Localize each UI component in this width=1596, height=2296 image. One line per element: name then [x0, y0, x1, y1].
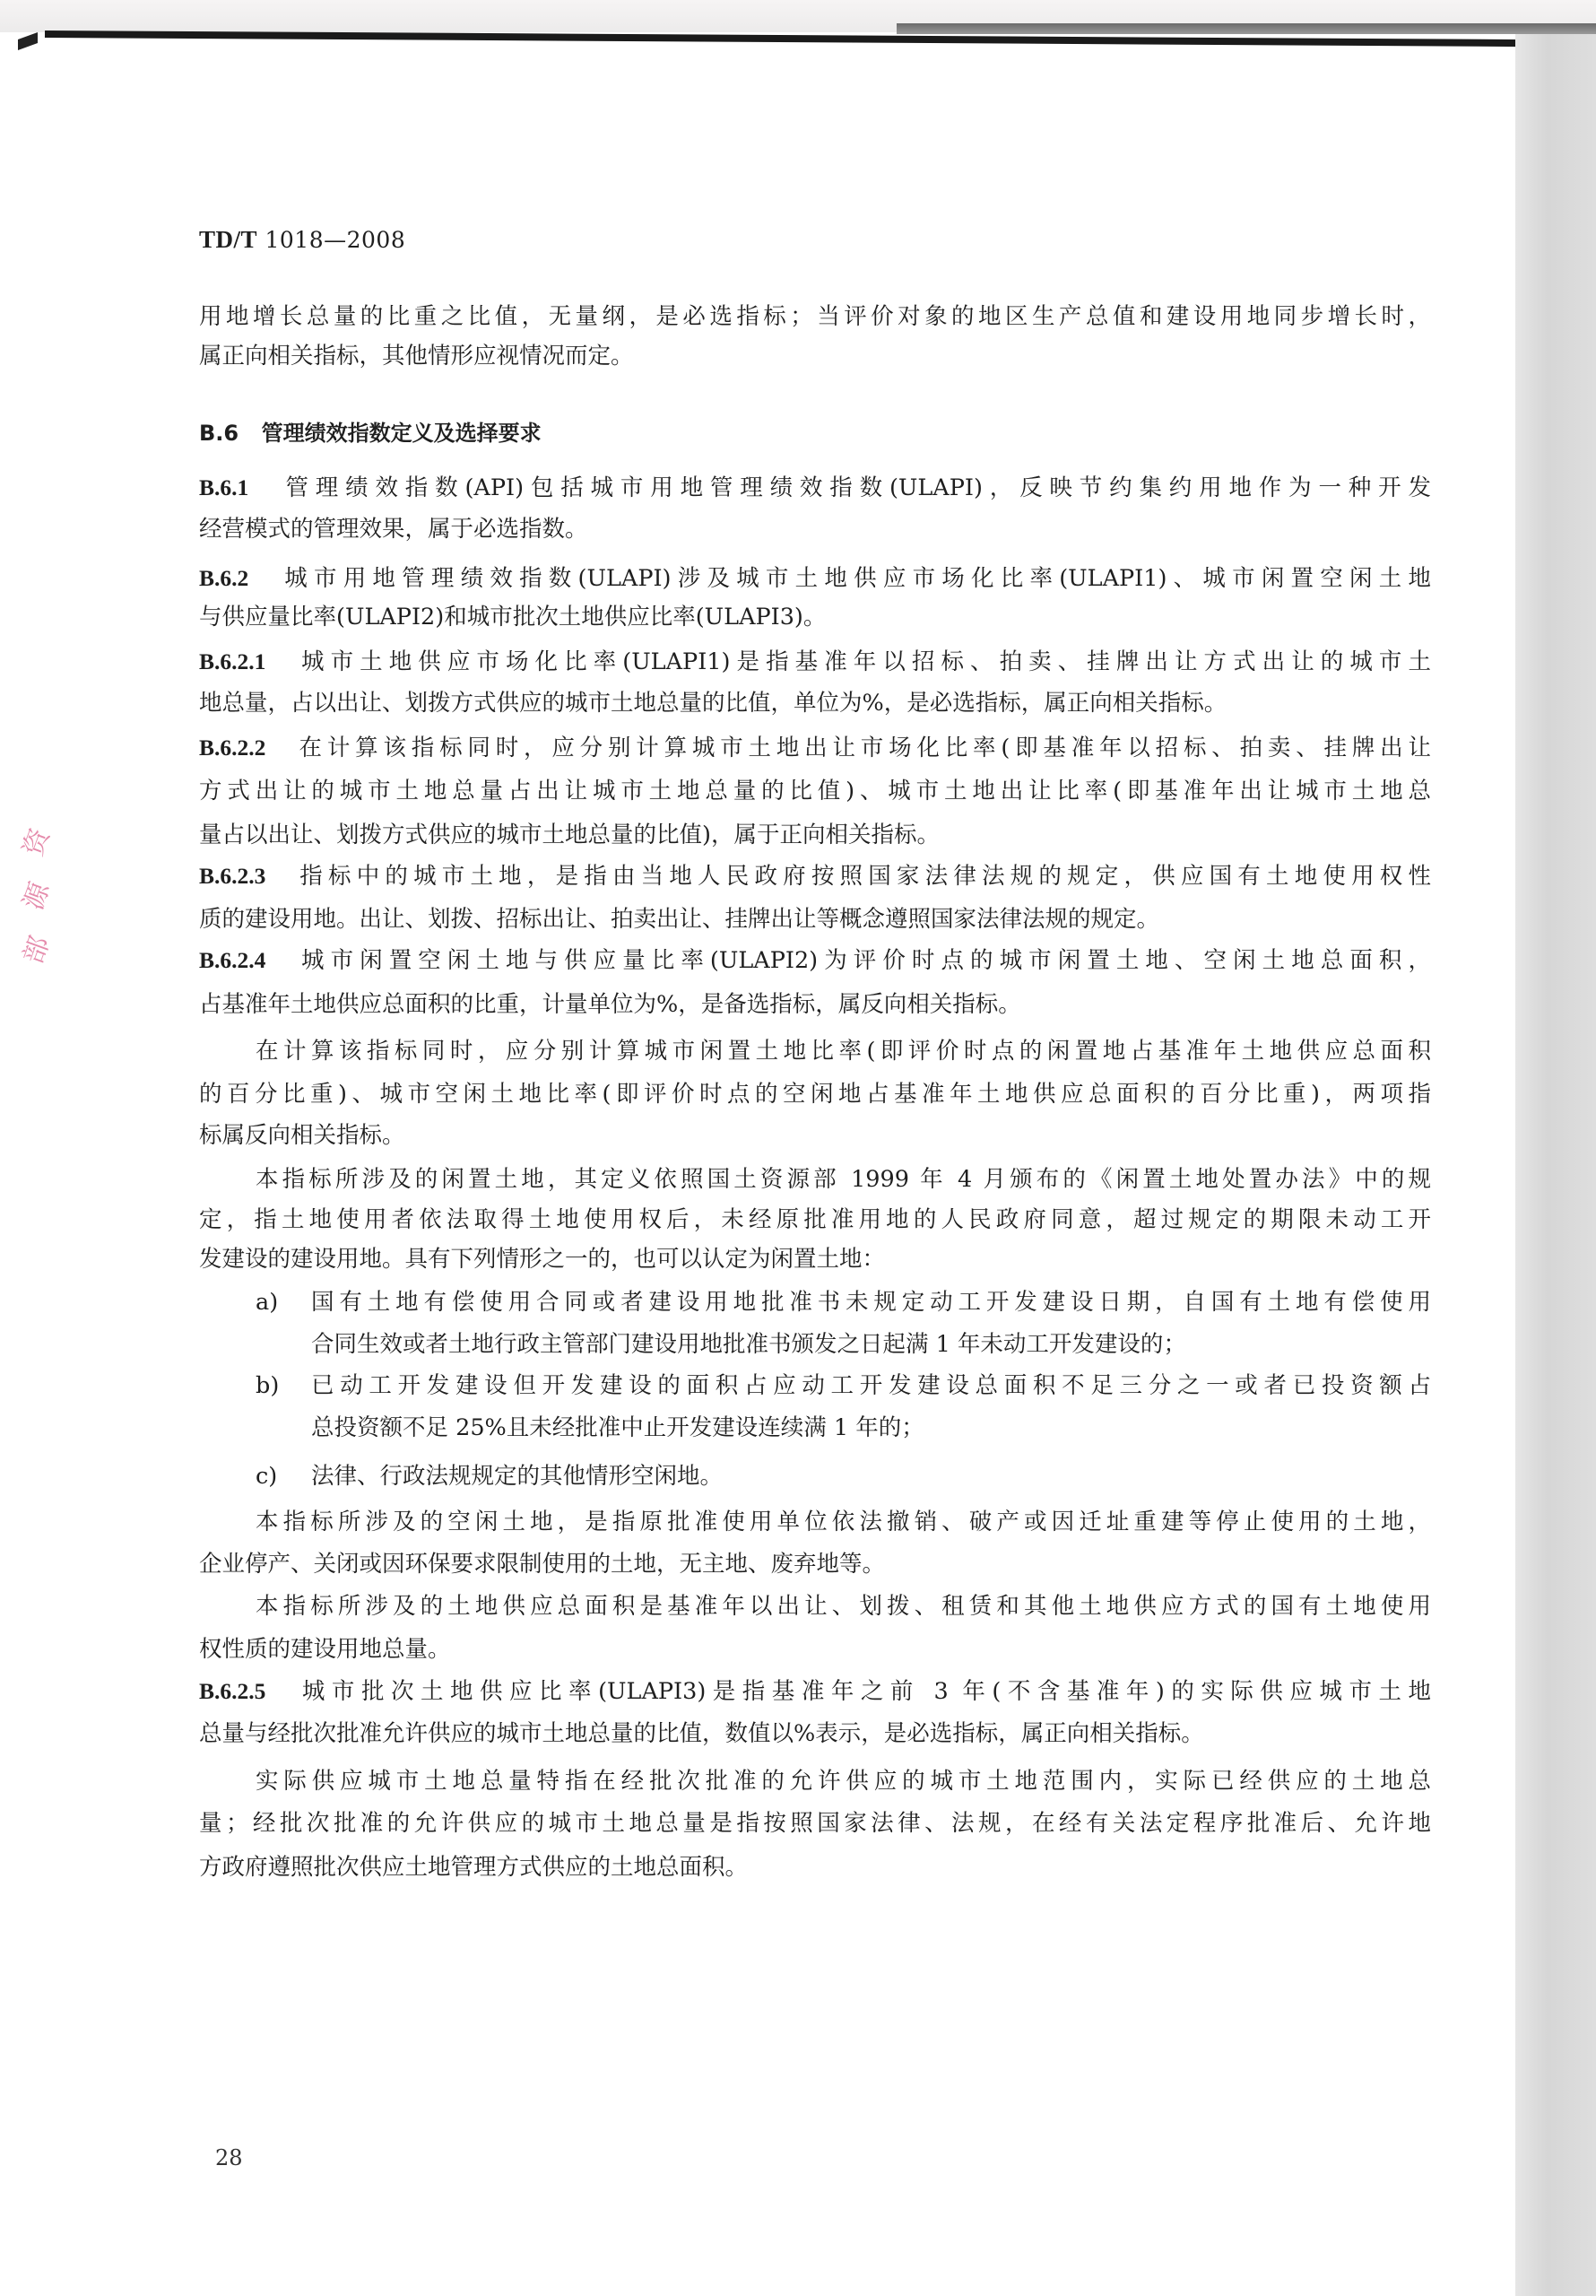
- line-text: 方政府遵照批次供应土地管理方式供应的土地总面积。: [199, 1854, 748, 1881]
- text-line: 在计算该指标同时，应分别计算城市闲置土地比率(即评价时点的闲置地占基准年土地供应…: [256, 1036, 1431, 1066]
- text-line: B.6.2.1 城市土地供应市场化比率(ULAPI1)是指基准年以招标、拍卖、挂…: [199, 647, 1431, 677]
- line-text: a): [256, 1289, 278, 1316]
- clause-number: B.6.2: [199, 565, 248, 591]
- list-marker: a): [256, 1287, 300, 1318]
- stamp-char: 资: [7, 804, 73, 865]
- line-text: 城市闲置空闲土地与供应量比率(ULAPI2)为评价时点的城市闲置土地、空闲土地总…: [301, 947, 1431, 974]
- text-line: 已动工开发建设但开发建设的面积占应动工开发建设总面积不足三分之一或者已投资额占: [311, 1370, 1431, 1401]
- line-text: 在计算该指标同时，应分别计算城市土地出让市场化比率(即基准年以招标、拍卖、挂牌出…: [299, 735, 1431, 761]
- line-text: 地总量，占以出让、划拨方式供应的城市土地总量的比值，单位为%，是必选指标，属正向…: [199, 690, 1227, 717]
- line-text: 发建设的建设用地。具有下列情形之一的，也可以认定为闲置土地：: [199, 1246, 885, 1273]
- text-line: 与供应量比率(ULAPI2)和城市批次土地供应比率(ULAPI3)。: [199, 602, 1431, 632]
- line-text: 标属反向相关指标。: [199, 1122, 405, 1149]
- clause-gap: [265, 648, 301, 675]
- line-text: 城市土地供应市场化比率(ULAPI1)是指基准年以招标、拍卖、挂牌出让方式出让的…: [301, 648, 1431, 675]
- text-line: 合同生效或者土地行政主管部门建设用地批准书颁发之日起满 1 年未动工开发建设的；: [311, 1329, 1431, 1360]
- text-line: 实际供应城市土地总量特指在经批次批准的允许供应的城市土地范围内，实际已经供应的土…: [256, 1766, 1431, 1796]
- section-title: 管理绩效指数定义及选择要求: [262, 421, 542, 446]
- text-line: 方式出让的城市土地总量占出让城市土地总量的比值)、城市土地出让比率(即基准年出让…: [199, 776, 1431, 806]
- line-text: 量占以出让、划拨方式供应的城市土地总量的比值)，属于正向相关指标。: [199, 822, 940, 848]
- standard-prefix: TD/T: [199, 226, 257, 253]
- text-line: B.6.2.3 指标中的城市土地，是指由当地人民政府按照国家法律法规的规定，供应…: [199, 861, 1431, 891]
- clause-number: B.6.1: [199, 474, 248, 500]
- line-text: 质的建设用地。出让、划拨、招标出让、拍卖出让、挂牌出让等概念遵照国家法律法规的规…: [199, 906, 1159, 933]
- clause-gap: [265, 735, 299, 761]
- section-heading: B.6 管理绩效指数定义及选择要求: [199, 418, 1431, 448]
- line-text: 本指标所涉及的空闲土地，是指原批准使用单位依法撤销、破产或因迁址重建等停止使用的…: [256, 1509, 1431, 1535]
- text-line: B.6.2.5 城市批次土地供应比率(ULAPI3)是指基准年之前 3 年(不含…: [199, 1676, 1431, 1707]
- line-text: 量；经批次批准的允许供应的城市土地总量是指按照国家法律、法规，在经有关法定程序批…: [199, 1810, 1431, 1837]
- clause-number: B.6.2.3: [199, 863, 265, 889]
- line-text: 指标中的城市土地，是指由当地人民政府按照国家法律法规的规定，供应国有土地使用权性: [299, 863, 1431, 890]
- text-line: 量占以出让、划拨方式供应的城市土地总量的比值)，属于正向相关指标。: [199, 820, 1431, 850]
- line-text: 法律、行政法规规定的其他情形空闲地。: [311, 1463, 723, 1490]
- clause-number: B.6.2.1: [199, 648, 265, 674]
- line-text: 本指标所涉及的闲置土地，其定义依照国土资源部 1999 年 4 月颁布的《闲置土…: [256, 1166, 1431, 1193]
- line-text: 方式出让的城市土地总量占出让城市土地总量的比值)、城市土地出让比率(即基准年出让…: [199, 778, 1431, 804]
- clause-gap: [248, 565, 284, 592]
- text-line: 发建设的建设用地。具有下列情形之一的，也可以认定为闲置土地：: [199, 1244, 1431, 1274]
- document-code-header: TD/T 1018—2008: [199, 226, 405, 254]
- text-line: 本指标所涉及的土地供应总面积是基准年以出让、划拨、租赁和其他土地供应方式的国有土…: [256, 1591, 1431, 1622]
- text-line: B.6.1 管理绩效指数(API)包括城市用地管理绩效指数(ULAPI)，反映节…: [199, 473, 1431, 503]
- line-text: 定，指土地使用者依法取得土地使用权后，未经原批准用地的人民政府同意，超过规定的期…: [199, 1206, 1431, 1233]
- line-text: 本指标所涉及的土地供应总面积是基准年以出让、划拨、租赁和其他土地供应方式的国有土…: [256, 1593, 1431, 1620]
- text-line: B.6.2.2 在计算该指标同时，应分别计算城市土地出让市场化比率(即基准年以招…: [199, 733, 1431, 763]
- text-line: 权性质的建设用地总量。: [199, 1634, 1431, 1665]
- line-text: 国有土地有偿使用合同或者建设用地批准书未规定动工开发建设日期，自国有土地有偿使用: [311, 1289, 1431, 1316]
- line-text: 管理绩效指数(API)包括城市用地管理绩效指数(ULAPI)，反映节约集约用地作…: [285, 474, 1431, 501]
- clause-number: B.6: [199, 421, 239, 446]
- line-text: 占基准年土地供应总面积的比重，计量单位为%，是备选指标，属反向相关指标。: [199, 991, 1021, 1018]
- text-line: 本指标所涉及的空闲土地，是指原批准使用单位依法撤销、破产或因迁址重建等停止使用的…: [256, 1507, 1431, 1537]
- clause-gap: [239, 420, 262, 447]
- line-text: 与供应量比率(ULAPI2)和城市批次土地供应比率(ULAPI3)。: [199, 604, 826, 631]
- line-text: 属正向相关指标，其他情形应视情况而定。: [199, 343, 634, 370]
- list-marker: b): [256, 1370, 300, 1401]
- text-line: 本指标所涉及的闲置土地，其定义依照国土资源部 1999 年 4 月颁布的《闲置土…: [256, 1164, 1431, 1195]
- text-line: B.6.2 城市用地管理绩效指数(ULAPI)涉及城市土地供应市场化比率(ULA…: [199, 563, 1431, 594]
- line-text: 权性质的建设用地总量。: [199, 1636, 451, 1663]
- clause-gap: [265, 1678, 302, 1705]
- red-seal-stamp: 资 源 部: [18, 807, 63, 1094]
- text-line: 标属反向相关指标。: [199, 1120, 1431, 1151]
- line-text: 已动工开发建设但开发建设的面积占应动工开发建设总面积不足三分之一或者已投资额占: [311, 1372, 1431, 1399]
- line-text: 在计算该指标同时，应分别计算城市闲置土地比率(即评价时点的闲置地占基准年土地供应…: [256, 1038, 1431, 1065]
- clause-number: B.6.2.2: [199, 735, 265, 761]
- line-text: 城市批次土地供应比率(ULAPI3)是指基准年之前 3 年(不含基准年)的实际供…: [302, 1678, 1431, 1705]
- text-line: 属正向相关指标，其他情形应视情况而定。: [199, 341, 1431, 371]
- scan-right-shadow: [1515, 34, 1596, 2296]
- page-corner-fold: [18, 32, 38, 50]
- scan-top-shadow: [897, 23, 1596, 34]
- text-line: 方政府遵照批次供应土地管理方式供应的土地总面积。: [199, 1852, 1431, 1883]
- line-text: 的百分比重)、城市空闲土地比率(即评价时点的空闲地占基准年土地供应总面积的百分比…: [199, 1081, 1431, 1108]
- line-text: 总量与经批次批准允许供应的城市土地总量的比值，数值以%表示，是必选指标，属正向相…: [199, 1720, 1204, 1747]
- text-line: 定，指土地使用者依法取得土地使用权后，未经原批准用地的人民政府同意，超过规定的期…: [199, 1205, 1431, 1235]
- text-line: 用地增长总量的比重之比值，无量纲，是必选指标；当评价对象的地区生产总值和建设用地…: [199, 301, 1431, 332]
- line-text: 经营模式的管理效果，属于必选指数。: [199, 516, 588, 543]
- text-line: 国有土地有偿使用合同或者建设用地批准书未规定动工开发建设日期，自国有土地有偿使用: [311, 1287, 1431, 1318]
- text-line: 企业停产、关闭或因环保要求限制使用的土地，无主地、废弃地等。: [199, 1549, 1431, 1579]
- line-text: c): [256, 1463, 277, 1490]
- text-line: 占基准年土地供应总面积的比重，计量单位为%，是备选指标，属反向相关指标。: [199, 989, 1431, 1020]
- line-text: 用地增长总量的比重之比值，无量纲，是必选指标；当评价对象的地区生产总值和建设用地…: [199, 303, 1431, 330]
- line-text: b): [256, 1372, 279, 1399]
- text-line: 的百分比重)、城市空闲土地比率(即评价时点的空闲地占基准年土地供应总面积的百分比…: [199, 1079, 1431, 1109]
- text-line: 质的建设用地。出让、划拨、招标出让、拍卖出让、挂牌出让等概念遵照国家法律法规的规…: [199, 904, 1431, 935]
- text-line: 经营模式的管理效果，属于必选指数。: [199, 514, 1431, 544]
- clause-gap: [248, 474, 285, 501]
- line-text: 城市用地管理绩效指数(ULAPI)涉及城市土地供应市场化比率(ULAPI1)、城…: [284, 565, 1431, 592]
- clause-number: B.6.2.4: [199, 947, 265, 973]
- clause-gap: [265, 947, 301, 974]
- text-line: 总投资额不足 25%且未经批准中止开发建设连续满 1 年的；: [311, 1413, 1431, 1443]
- stamp-char: 源: [7, 857, 73, 918]
- standard-number: 1018—2008: [257, 227, 405, 253]
- line-text: 企业停产、关闭或因环保要求限制使用的土地，无主地、废弃地等。: [199, 1551, 885, 1578]
- list-marker: c): [256, 1461, 300, 1492]
- line-text: 实际供应城市土地总量特指在经批次批准的允许供应的城市土地范围内，实际已经供应的土…: [256, 1768, 1431, 1795]
- page-number: 28: [215, 2145, 243, 2170]
- clause-number: B.6.2.5: [199, 1678, 265, 1704]
- text-line: 地总量，占以出让、划拨方式供应的城市土地总量的比值，单位为%，是必选指标，属正向…: [199, 688, 1431, 718]
- text-line: B.6.2.4 城市闲置空闲土地与供应量比率(ULAPI2)为评价时点的城市闲置…: [199, 945, 1431, 976]
- line-text: 总投资额不足 25%且未经批准中止开发建设连续满 1 年的；: [311, 1414, 924, 1441]
- stamp-char: 部: [7, 911, 73, 972]
- line-text: 合同生效或者土地行政主管部门建设用地批准书颁发之日起满 1 年未动工开发建设的；: [311, 1331, 1186, 1358]
- text-line: 量；经批次批准的允许供应的城市土地总量是指按照国家法律、法规，在经有关法定程序批…: [199, 1808, 1431, 1839]
- clause-gap: [265, 863, 299, 890]
- text-line: 总量与经批次批准允许供应的城市土地总量的比值，数值以%表示，是必选指标，属正向相…: [199, 1718, 1431, 1749]
- text-line: 法律、行政法规规定的其他情形空闲地。: [311, 1461, 1431, 1492]
